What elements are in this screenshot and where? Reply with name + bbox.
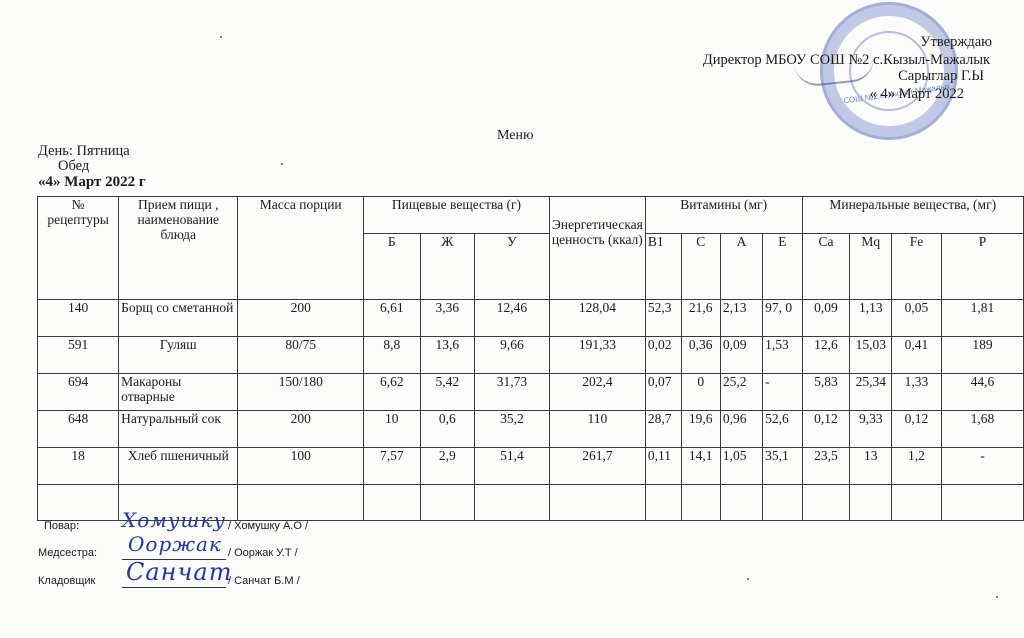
cell-p: 44,6 — [941, 374, 1023, 411]
table-header-row: № рецептуры Прием пищи , наименование бл… — [38, 197, 1024, 234]
cell-fe: 0,05 — [892, 300, 942, 337]
table-row: 648Натуральный сок200100,635,211028,719,… — [38, 411, 1024, 448]
signature-name-nurse: / Ооржак У.Т / — [228, 547, 298, 559]
cell-mg: 13 — [850, 448, 892, 485]
cell-recipe-no: 18 — [38, 448, 119, 485]
cell-vit-e: 1,53 — [763, 337, 802, 374]
cell-protein: 7,57 — [364, 448, 420, 485]
cell-recipe-no: 694 — [38, 374, 119, 411]
cell-dish-name: Борщ со сметанной — [119, 300, 238, 337]
cell-energy: 191,33 — [549, 337, 645, 374]
table-row: 591Гуляш80/758,813,69,66191,330,020,360,… — [38, 337, 1024, 374]
header-recipe-no: № рецептуры — [38, 197, 119, 300]
cell-mg: 9,33 — [850, 411, 892, 448]
approval-heading: Утверждаю — [920, 34, 992, 50]
cell-vit-a: 0,09 — [720, 337, 762, 374]
cell-recipe-no: 591 — [38, 337, 119, 374]
scan-speck — [747, 578, 749, 580]
cell-mg: 25,34 — [850, 374, 892, 411]
cell-vit-a: 1,05 — [720, 448, 762, 485]
approval-position: Директор МБОУ СОШ №2 с.Кызыл-Мажалык — [703, 52, 990, 68]
cell-vit-a: 2,13 — [720, 300, 762, 337]
header-minerals: Минеральные вещества, (мг) — [802, 197, 1023, 234]
cell-fe: 0,12 — [892, 411, 942, 448]
cell-energy: 202,4 — [549, 374, 645, 411]
cell-portion-mass: 150/180 — [238, 374, 364, 411]
header-fat: Ж — [420, 234, 475, 300]
cell-mg: 1,13 — [850, 300, 892, 337]
cell-p: 1,68 — [941, 411, 1023, 448]
cell-ca: 23,5 — [802, 448, 850, 485]
cell-fe: 1,33 — [892, 374, 942, 411]
cell-fe: 1,2 — [892, 448, 942, 485]
cell-carbs: 12,46 — [475, 300, 550, 337]
header-ca: Ca — [802, 234, 850, 300]
cell-recipe-no: 140 — [38, 300, 119, 337]
scan-speck — [220, 36, 222, 38]
cell-dish-name: Макароны отварные — [119, 374, 238, 411]
table-row: 694Макароны отварные150/1806,625,4231,73… — [38, 374, 1024, 411]
cell-vit-b1: 52,3 — [645, 300, 681, 337]
cell-p: 189 — [941, 337, 1023, 374]
cell-vit-b1: 0,07 — [645, 374, 681, 411]
signature-name-storekeeper: / Санчат Б.М / — [228, 575, 300, 587]
cell-vit-a: 25,2 — [720, 374, 762, 411]
header-mass: Масса порции — [238, 197, 364, 300]
signature-role-nurse: Медсестра: — [38, 547, 97, 559]
cell-fe: 0,41 — [892, 337, 942, 374]
cell-portion-mass: 200 — [238, 411, 364, 448]
cell-vit-c: 0,36 — [681, 337, 720, 374]
document-title: Меню — [497, 128, 533, 144]
cell-vit-e: 35,1 — [763, 448, 802, 485]
cell-ca: 0,09 — [802, 300, 850, 337]
cell-fat: 5,42 — [420, 374, 475, 411]
cell-ca: 5,83 — [802, 374, 850, 411]
cell-fat: 13,6 — [420, 337, 475, 374]
cell-carbs: 31,73 — [475, 374, 550, 411]
cell-ca: 12,6 — [802, 337, 850, 374]
cell-portion-mass: 200 — [238, 300, 364, 337]
menu-date: «4» Март 2022 г — [38, 174, 146, 191]
table-row: 18Хлеб пшеничный1007,572,951,4261,70,111… — [38, 448, 1024, 485]
cell-fat: 0,6 — [420, 411, 475, 448]
cell-vit-c: 14,1 — [681, 448, 720, 485]
header-vitamins: Витамины (мг) — [645, 197, 802, 234]
cell-vit-b1: 0,11 — [645, 448, 681, 485]
cell-vit-b1: 0,02 — [645, 337, 681, 374]
header-dish: Прием пищи , наименование блюда — [119, 197, 238, 300]
cell-portion-mass: 100 — [238, 448, 364, 485]
cell-recipe-no: 648 — [38, 411, 119, 448]
header-vit-c: C — [681, 234, 720, 300]
cell-vit-b1: 28,7 — [645, 411, 681, 448]
header-fe: Fe — [892, 234, 942, 300]
header-vit-e: E — [763, 234, 802, 300]
signature-name-cook: / Хомушку А.О / — [228, 520, 308, 532]
header-protein: Б — [364, 234, 420, 300]
cell-ca: 0,12 — [802, 411, 850, 448]
cell-fat: 2,9 — [420, 448, 475, 485]
cell-mg: 15,03 — [850, 337, 892, 374]
header-mg: Mq — [850, 234, 892, 300]
signature-role-storekeeper: Кладовщик — [38, 575, 95, 587]
header-nutrients: Пищевые вещества (г) — [364, 197, 550, 234]
approval-director-name: Сарыглар Г.Ы — [898, 68, 984, 84]
cell-vit-c: 21,6 — [681, 300, 720, 337]
cell-vit-a: 0,96 — [720, 411, 762, 448]
approval-date: « 4» Март 2022 — [870, 86, 964, 102]
cell-vit-e: 97, 0 — [763, 300, 802, 337]
signature-handwriting-cook: Хомушку — [122, 508, 226, 532]
cell-p: - — [941, 448, 1023, 485]
cell-vit-c: 0 — [681, 374, 720, 411]
signature-handwriting-nurse: Ооржак — [128, 532, 222, 556]
cell-dish-name: Хлеб пшеничный — [119, 448, 238, 485]
cell-carbs: 51,4 — [475, 448, 550, 485]
signature-role-cook: Повар: — [44, 520, 79, 532]
cell-energy: 110 — [549, 411, 645, 448]
header-energy: Энергетическая ценность (ккал) — [549, 197, 645, 300]
cell-vit-e: 52,6 — [763, 411, 802, 448]
meal-label: Обед — [58, 158, 89, 175]
cell-protein: 10 — [364, 411, 420, 448]
cell-carbs: 35,2 — [475, 411, 550, 448]
cell-carbs: 9,66 — [475, 337, 550, 374]
cell-protein: 8,8 — [364, 337, 420, 374]
scan-speck — [996, 596, 998, 598]
cell-protein: 6,61 — [364, 300, 420, 337]
header-p: P — [941, 234, 1023, 300]
cell-p: 1,81 — [941, 300, 1023, 337]
cell-vit-e: - — [763, 374, 802, 411]
header-vit-b1: B1 — [645, 234, 681, 300]
cell-energy: 261,7 — [549, 448, 645, 485]
table-row: 140Борщ со сметанной2006,613,3612,46128,… — [38, 300, 1024, 337]
header-vit-a: A — [720, 234, 762, 300]
cell-energy: 128,04 — [549, 300, 645, 337]
signature-handwriting-storekeeper: Санчат — [126, 558, 232, 586]
cell-dish-name: Натуральный сок — [119, 411, 238, 448]
scan-speck — [281, 163, 283, 165]
cell-protein: 6,62 — [364, 374, 420, 411]
menu-table: № рецептуры Прием пищи , наименование бл… — [37, 196, 1024, 521]
menu-table-body: 140Борщ со сметанной2006,613,3612,46128,… — [38, 300, 1024, 485]
cell-portion-mass: 80/75 — [238, 337, 364, 374]
header-carbs: У — [475, 234, 550, 300]
cell-fat: 3,36 — [420, 300, 475, 337]
cell-dish-name: Гуляш — [119, 337, 238, 374]
cell-vit-c: 19,6 — [681, 411, 720, 448]
